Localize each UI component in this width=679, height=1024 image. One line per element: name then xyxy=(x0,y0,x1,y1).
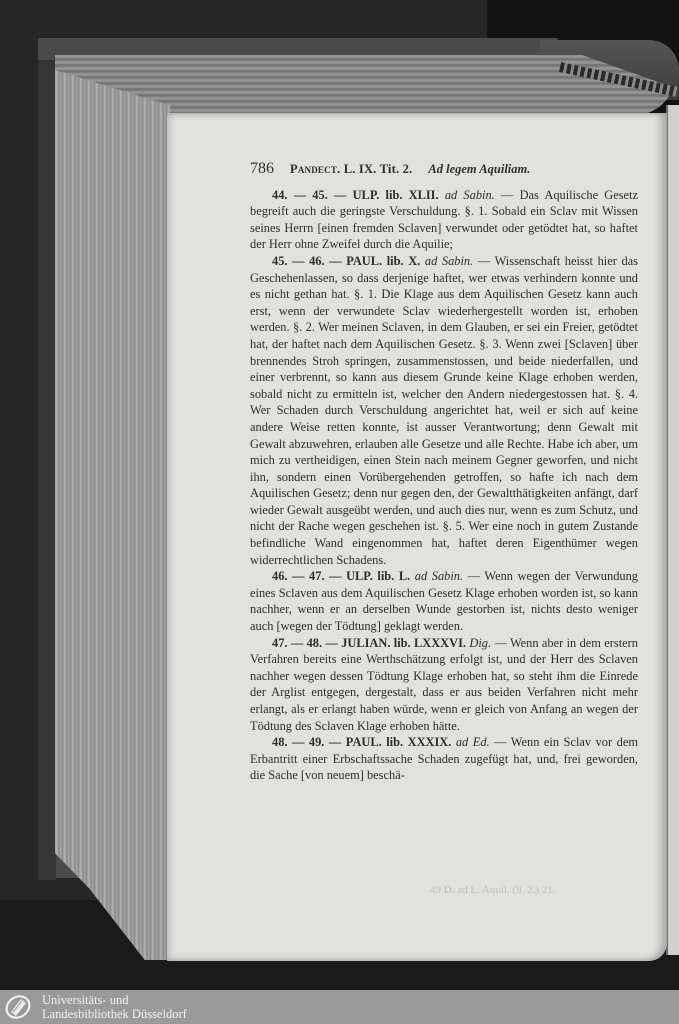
paragraph-source: ad Sabin. xyxy=(425,254,473,268)
running-head: 786 Pandect. L. IX. Tit. 2. Ad legem Aqu… xyxy=(250,161,638,178)
facing-page-edge xyxy=(666,105,679,955)
paragraph-ref: 48. — 49. — PAUL. lib. XXXIX. xyxy=(272,735,451,749)
paragraph-ref: 45. — 46. — PAUL. lib. X. xyxy=(272,254,420,268)
paragraph: 46. — 47. — ULP. lib. L. ad Sabin. — Wen… xyxy=(250,568,638,634)
paragraph-text: — Wenn aber in dem erstern Verfahren ber… xyxy=(250,636,638,733)
book-spine-shadow xyxy=(38,60,56,880)
paragraph-source: ad Sabin. xyxy=(445,188,495,202)
paragraph-source: ad Sabin. xyxy=(415,569,463,583)
paragraph: 45. — 46. — PAUL. lib. X. ad Sabin. — Wi… xyxy=(250,253,638,568)
paragraph-source: ad Ed. xyxy=(456,735,490,749)
paragraph-ref: 47. — 48. — JULIAN. lib. LXXXVI. xyxy=(272,636,466,650)
running-head-title: Pandect. L. IX. Tit. 2. xyxy=(290,161,412,178)
page-number: 786 xyxy=(250,161,274,178)
running-head-prefix: Pandect. xyxy=(290,162,340,176)
page-edges-left xyxy=(55,70,170,960)
paragraph-text: — Wissenschaft heisst hier das Geschehen… xyxy=(250,254,638,567)
paragraph-source: Dig. xyxy=(469,636,491,650)
bleed-through-text: 49 D. ad L. Aquil. (9. 2.) 21. xyxy=(430,884,556,896)
library-name[interactable]: Universitäts- und Landesbibliothek Düsse… xyxy=(42,993,187,1021)
page-text: 786 Pandect. L. IX. Tit. 2. Ad legem Aqu… xyxy=(250,161,638,784)
paragraph: 44. — 45. — ULP. lib. XLII. ad Sabin. — … xyxy=(250,187,638,253)
library-book-logo-icon[interactable] xyxy=(4,993,32,1021)
running-head-subtitle: Ad legem Aquiliam. xyxy=(428,161,530,178)
library-name-line2: Landesbibliothek Düsseldorf xyxy=(42,1007,187,1021)
footer-bar: Universitäts- und Landesbibliothek Düsse… xyxy=(0,990,679,1024)
paragraph-ref: 44. — 45. — ULP. lib. XLII. xyxy=(272,188,439,202)
library-name-line1: Universitäts- und xyxy=(42,993,187,1007)
running-head-section: L. IX. Tit. 2. xyxy=(344,162,413,176)
paragraph: 47. — 48. — JULIAN. lib. LXXXVI. Dig. — … xyxy=(250,635,638,735)
paragraph: 48. — 49. — PAUL. lib. XXXIX. ad Ed. — W… xyxy=(250,734,638,784)
paragraph-ref: 46. — 47. — ULP. lib. L. xyxy=(272,569,410,583)
